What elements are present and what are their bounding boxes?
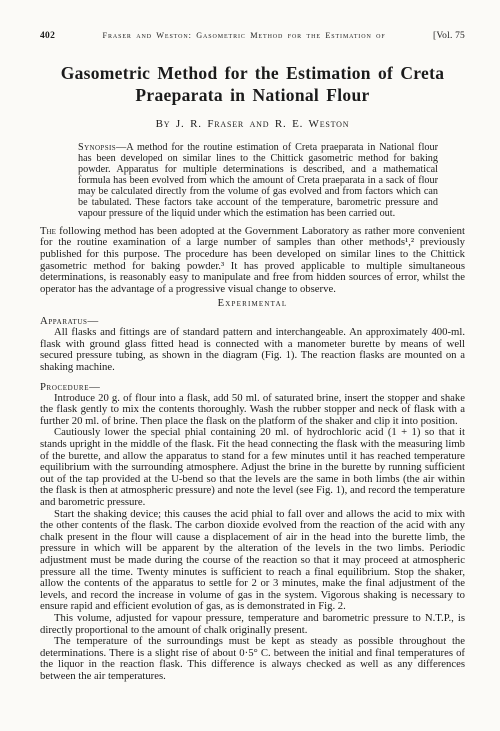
- title-line-2: Praeparata in National Flour: [40, 85, 465, 107]
- title-line-1: Gasometric Method for the Estimation of …: [40, 63, 465, 85]
- procedure-paragraph: This volume, adjusted for vapour pressur…: [40, 613, 465, 636]
- synopsis-text: —A method for the routine estimation of …: [78, 142, 438, 219]
- intro-lead: The: [40, 225, 56, 237]
- procedure-paragraph: Start the shaking device; this causes th…: [40, 509, 465, 613]
- journal-page: 402 Fraser and Weston: Gasometric Method…: [0, 0, 500, 731]
- experimental-heading: Experimental: [40, 298, 465, 310]
- page-number: 402: [40, 31, 55, 42]
- synopsis: Synopsis—A method for the routine estima…: [78, 142, 438, 219]
- procedure-paragraph: Cautiously lower the special phial conta…: [40, 427, 465, 508]
- volume-label: [Vol. 75: [433, 31, 465, 42]
- procedure-heading: Procedure—: [40, 381, 465, 393]
- byline: By J. R. Fraser and R. E. Weston: [40, 118, 465, 130]
- procedure-paragraph: The temperature of the surroundings must…: [40, 636, 465, 682]
- intro-text: following method has been adopted at the…: [40, 225, 465, 295]
- synopsis-lead: Synopsis: [78, 142, 116, 153]
- apparatus-paragraph: All flasks and fittings are of standard …: [40, 327, 465, 373]
- running-title: Fraser and Weston: Gasometric Method for…: [55, 30, 433, 41]
- intro-paragraph: The following method has been adopted at…: [40, 226, 465, 296]
- page-header: 402 Fraser and Weston: Gasometric Method…: [40, 30, 465, 42]
- procedure-paragraph: Introduce 20 g. of flour into a flask, a…: [40, 393, 465, 428]
- article-title: Gasometric Method for the Estimation of …: [40, 63, 465, 106]
